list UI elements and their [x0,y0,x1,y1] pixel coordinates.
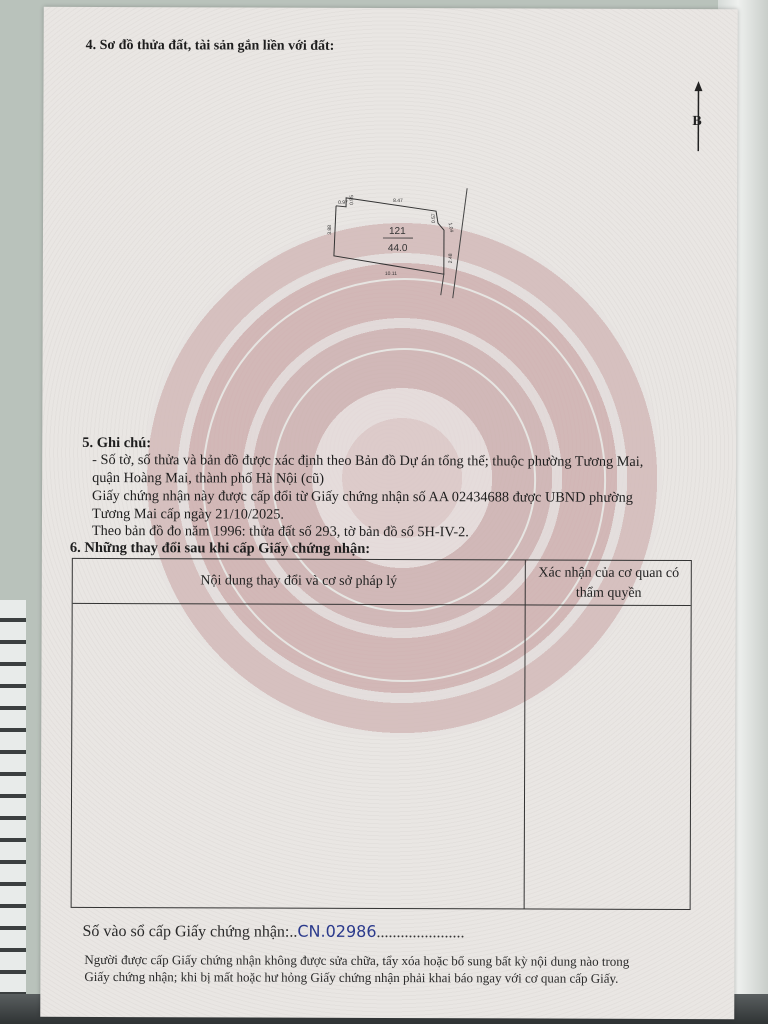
dim-top: 8.47 [393,198,403,204]
note-line: quận Hoàng Mai, thành phố Hà Nội (cũ) [92,469,324,488]
registration-number-line: Số vào sổ cấp Giấy chứng nhận:..CN.02986… [83,922,465,942]
registration-dots: ...................... [376,924,464,941]
dim-right-middle: 1.04 [447,222,455,233]
parcel-area: 44.0 [388,243,408,254]
registration-label: Số vào sổ cấp Giấy chứng nhận:.. [83,923,298,941]
dim-right-lower: 2.48 [448,253,454,263]
registration-number: CN.02986 [297,922,376,941]
background-left [0,600,26,1024]
parcel-number: 121 [389,226,406,237]
note-line: Tương Mai cấp ngày 21/10/2025. [92,505,284,524]
dim-bottom: 10.11 [385,271,397,277]
certificate-page: 4. Sơ đồ thửa đất, tài sản gắn liền với … [40,7,738,1019]
section-6-title: 6. Những thay đổi sau khi cấp Giấy chứng… [70,539,370,558]
north-label: B [692,114,701,129]
land-plot-diagram: 121 44.0 0.97 0.55 8.47 0.57 1.04 2.48 3… [313,183,513,304]
section-4-title: 4. Sơ đồ thửa đất, tài sản gắn liền với … [86,37,335,56]
changes-table: Nội dung thay đổi và cơ sở pháp lý Xác n… [71,558,692,910]
header-change-content: Nội dung thay đổi và cơ sở pháp lý [73,571,525,593]
note-line: - Số tờ, số thửa và bản đồ được xác định… [92,451,643,471]
dim-top-left: 0.97 [338,200,348,206]
header-authority-confirmation: Xác nhận của cơ quan có thẩm quyền [525,563,693,604]
warning-line: Giấy chứng nhận; khi bị mất hoặc hư hỏng… [84,968,618,988]
dim-right-upper: 0.57 [431,213,437,223]
note-line: Giấy chứng nhận này được cấp đổi từ Giấy… [92,487,633,507]
north-arrow-icon: B [688,79,708,159]
section-5-title: 5. Ghi chú: [82,434,151,452]
column-divider [524,560,526,908]
dim-left: 3.88 [327,225,333,235]
dim-top-left-vertical: 0.55 [349,195,355,205]
